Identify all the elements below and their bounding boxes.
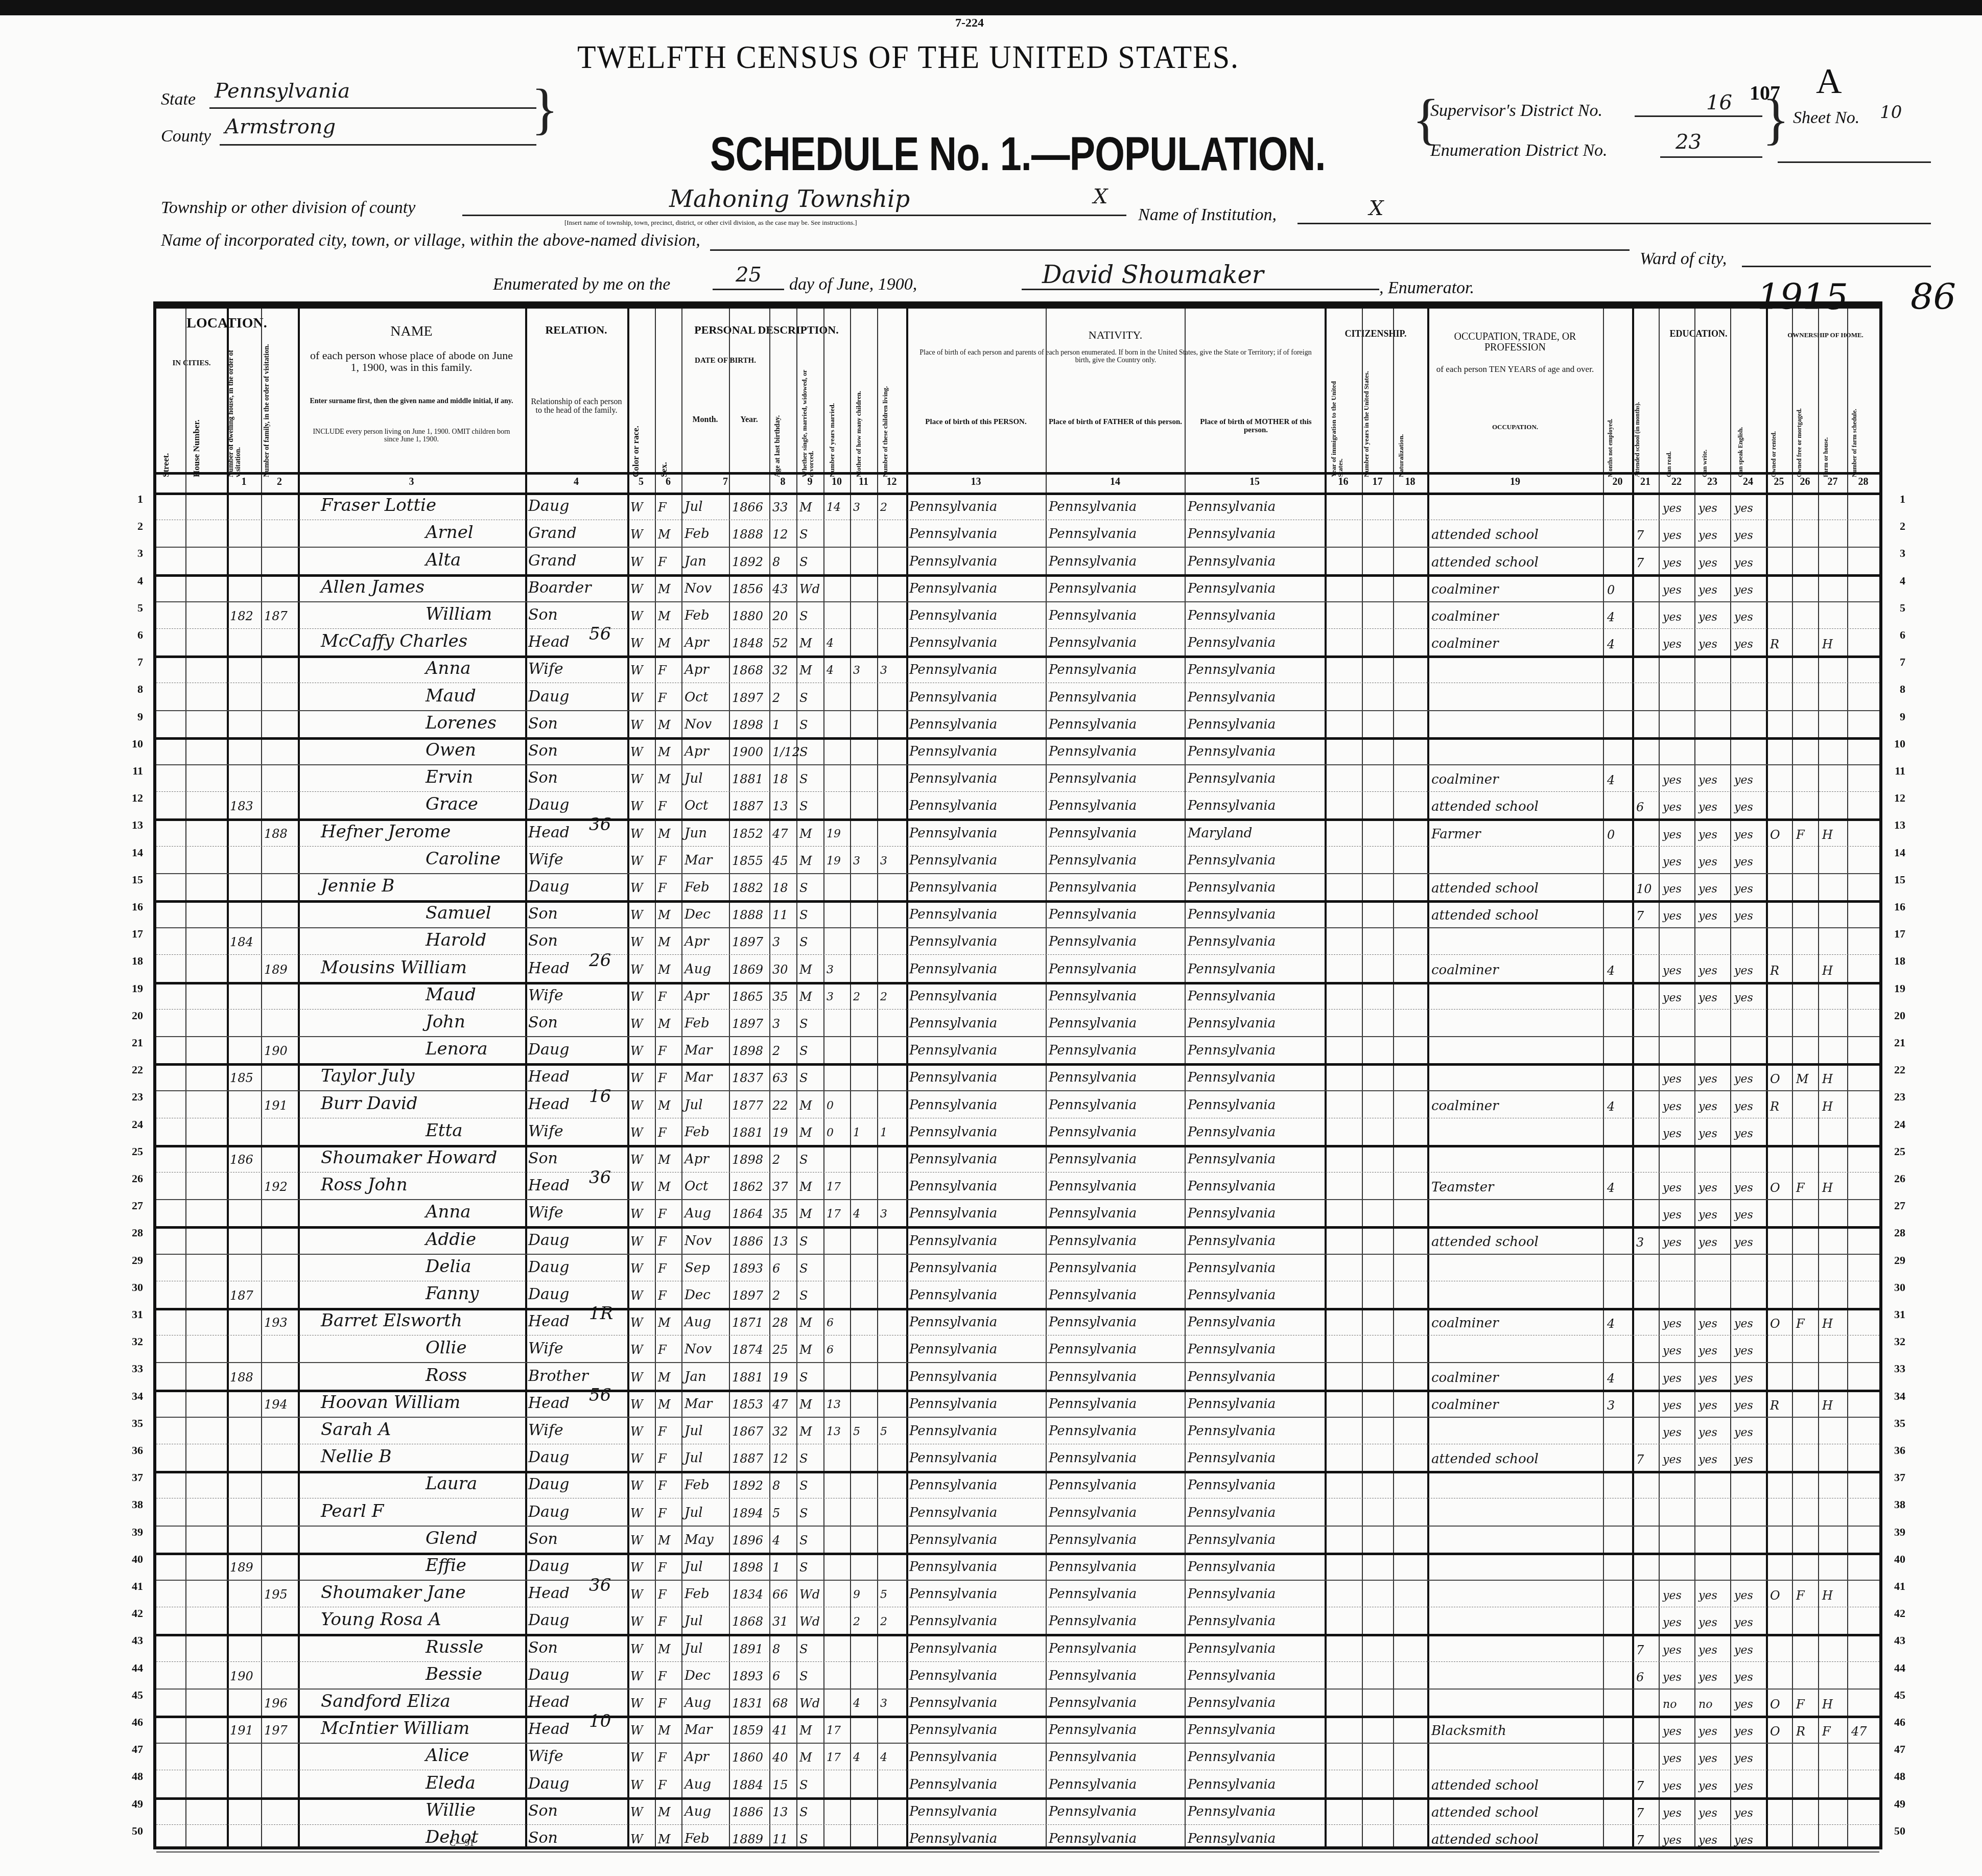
line-number-left: 34 [123, 1390, 143, 1403]
cell-mother-of: 3 [853, 501, 860, 514]
cell-color: W [630, 1451, 643, 1466]
line-number-left: 39 [123, 1526, 143, 1539]
cell-year: 1853 [732, 1397, 763, 1412]
cell-relation: Son [528, 715, 558, 733]
cell-age: 3 [772, 935, 780, 949]
line-number-left: 5 [123, 601, 143, 615]
row-rule [156, 982, 1879, 984]
cell-year: 1856 [732, 582, 763, 596]
cell-name: Owen [426, 740, 476, 760]
cell-relation: Son [528, 769, 558, 787]
row-rule [156, 1824, 1879, 1825]
line-number-left: 25 [123, 1145, 143, 1158]
column-number-8: 8 [769, 476, 796, 488]
cell-read: yes [1663, 611, 1682, 624]
cell-write: yes [1698, 1616, 1717, 1629]
cell-relation-note: 56 [589, 624, 611, 644]
cell-marital: M [799, 500, 812, 514]
cell-birth-mother: Pennsylvania [1188, 1559, 1276, 1575]
line-number-left: 20 [123, 1009, 143, 1022]
county-underline [220, 144, 536, 146]
cell-sex: M [658, 745, 671, 759]
cell-age: 19 [772, 1125, 788, 1140]
cell-living: 3 [880, 855, 887, 867]
cell-read: yes [1663, 1644, 1682, 1657]
cell-birth-person: Pennsylvania [909, 1016, 997, 1031]
cell-birth-person: Pennsylvania [909, 1613, 997, 1629]
cell-birth-person: Pennsylvania [909, 1722, 997, 1738]
cell-month: Apr [685, 934, 709, 949]
row-rule [156, 764, 1879, 765]
cell-birth-father: Pennsylvania [1049, 662, 1137, 677]
header-birth-mother: Place of birth of MOTHER of this person. [1188, 418, 1324, 435]
cell-color: W [630, 1261, 643, 1276]
cell-age: 32 [772, 663, 788, 677]
header-relation-desc: Relationship of each person to the head … [529, 398, 624, 415]
cell-year: 1834 [732, 1587, 763, 1602]
cell-name: McCaffy Charles [321, 631, 467, 651]
line-number: 6 [1885, 628, 1905, 642]
cell-birth-father: Pennsylvania [1049, 1695, 1137, 1710]
cell-write: yes [1698, 910, 1717, 923]
cell-sex: F [658, 1288, 667, 1303]
cell-marital: M [799, 1207, 812, 1221]
cell-relation: Head [528, 1394, 570, 1412]
cell-dwelling: 182 [230, 609, 253, 623]
cell-sex: F [658, 1234, 667, 1249]
column-number-16: 16 [1325, 476, 1362, 488]
cell-color: W [630, 1560, 643, 1575]
cell-year: 1887 [732, 799, 763, 813]
cell-english: yes [1734, 1372, 1753, 1385]
row-rule [156, 1254, 1879, 1255]
cell-years-married: 4 [827, 637, 834, 650]
cell-living: 3 [880, 1208, 887, 1221]
cell-sex: M [658, 827, 671, 841]
cell-english: yes [1734, 910, 1753, 923]
line-number: 32 [1885, 1335, 1905, 1348]
cell-sex: M [658, 1098, 671, 1113]
cell-year: 1831 [732, 1696, 763, 1710]
column-divider [1046, 309, 1047, 1846]
state-value: Pennsylvania [215, 79, 350, 103]
cell-write: yes [1698, 1128, 1717, 1140]
cell-read: yes [1663, 638, 1682, 651]
cell-birth-father: Pennsylvania [1049, 1831, 1137, 1846]
column-divider [850, 309, 851, 1846]
brace-district-right: } [1762, 87, 1789, 152]
cell-marital: S [799, 1479, 808, 1493]
cell-sex: F [658, 1587, 667, 1602]
column-divider [1632, 309, 1634, 1846]
cell-birth-father: Pennsylvania [1049, 744, 1137, 759]
cell-color: W [630, 1207, 643, 1221]
cell-years-married: 17 [827, 1724, 841, 1737]
cell-month: Apr [685, 989, 709, 1004]
cell-family: 197 [264, 1723, 288, 1738]
cell-year: 1894 [732, 1506, 763, 1520]
line-number: 44 [1885, 1661, 1905, 1675]
cell-color: W [630, 555, 643, 569]
line-number: 2 [1885, 520, 1905, 533]
cell-birth-person: Pennsylvania [909, 1179, 997, 1194]
cell-birth-person: Pennsylvania [909, 1804, 997, 1819]
cell-color: W [630, 963, 643, 977]
cell-owned: O [1770, 1181, 1780, 1195]
cell-english: yes [1734, 611, 1753, 624]
cell-name: Hefner Jerome [321, 822, 451, 842]
cell-birth-mother: Pennsylvania [1188, 880, 1276, 895]
header-relation: RELATION. [525, 324, 627, 336]
cell-living: 2 [880, 501, 887, 514]
cell-year: 1884 [732, 1778, 763, 1792]
column-divider [1603, 309, 1604, 1846]
column-number-4: 4 [525, 476, 627, 488]
line-number-left: 7 [123, 655, 143, 669]
cell-birth-person: Pennsylvania [909, 662, 997, 677]
row-rule [156, 1553, 1879, 1555]
header-farm-house: Farm or house. [1823, 401, 1829, 477]
cell-read: yes [1663, 1725, 1682, 1738]
cell-name: Taylor July [321, 1066, 415, 1086]
row-rule [156, 520, 1879, 520]
cell-owned: R [1770, 1398, 1779, 1413]
row-rule [156, 1417, 1879, 1418]
cell-month: Feb [685, 1016, 710, 1031]
form-number: 7-224 [955, 16, 984, 30]
cell-english: yes [1734, 1807, 1753, 1820]
cell-read: yes [1663, 1671, 1682, 1684]
cell-occupation: coalminer [1431, 1098, 1499, 1114]
cell-month: Dec [685, 1287, 711, 1303]
cell-marital: S [799, 772, 808, 786]
line-number: 19 [1885, 982, 1905, 995]
cell-birth-father: Pennsylvania [1049, 989, 1137, 1004]
cell-english: yes [1734, 883, 1753, 896]
cell-marital: S [799, 908, 808, 922]
cell-age: 32 [772, 1424, 788, 1439]
cell-free: M [1796, 1072, 1809, 1086]
cell-month: Oct [685, 690, 708, 705]
cell-age: 18 [772, 772, 788, 786]
row-rule [156, 1226, 1879, 1229]
column-divider [185, 309, 186, 1846]
cell-sex: F [658, 799, 667, 813]
cell-month: Feb [685, 608, 710, 623]
cell-marital: M [799, 1397, 812, 1412]
cell-year: 1855 [732, 854, 763, 868]
line-number-left: 28 [123, 1226, 143, 1239]
state-label: State [161, 90, 196, 109]
cell-relation: Brother [528, 1367, 588, 1385]
cell-family: 188 [264, 827, 288, 841]
cell-write: yes [1698, 992, 1717, 1004]
cell-month: Feb [685, 1586, 710, 1602]
cell-years-married: 6 [827, 1344, 834, 1356]
cell-read: yes [1663, 1616, 1682, 1629]
cell-month: Mar [685, 1043, 713, 1058]
cell-family: 187 [264, 609, 288, 623]
cell-age: 3 [772, 1017, 780, 1031]
cell-sex: F [658, 1696, 667, 1710]
column-divider [769, 309, 770, 1846]
cell-occupation: coalminer [1431, 609, 1499, 624]
row-rule [156, 547, 1879, 548]
cell-read: yes [1663, 1372, 1682, 1385]
cell-age: 52 [772, 636, 788, 650]
cell-relation-note: 1R [589, 1303, 613, 1324]
column-number-24: 24 [1730, 476, 1766, 488]
cell-marital: Wd [799, 1696, 820, 1710]
cell-birth-person: Pennsylvania [909, 907, 997, 922]
cell-month: Sep [685, 1260, 710, 1276]
cell-name: Caroline [426, 849, 501, 869]
cell-write: yes [1698, 1671, 1717, 1684]
cell-name: Jennie B [321, 876, 394, 896]
line-number-left: 10 [123, 737, 143, 751]
cell-occupation: attended school [1431, 1778, 1539, 1793]
column-divider [1659, 309, 1660, 1846]
cell-read: yes [1663, 1182, 1682, 1194]
cell-sex: F [658, 1261, 667, 1276]
line-number-left: 31 [123, 1308, 143, 1321]
header-personal: PERSONAL DESCRIPTION. [627, 324, 906, 336]
cell-age: 12 [772, 527, 788, 542]
cell-english: yes [1734, 965, 1753, 977]
cell-month: Jul [685, 1097, 702, 1113]
row-rule [156, 683, 1879, 683]
cell-sex: F [658, 854, 667, 868]
cell-marital: S [799, 935, 808, 949]
cell-birth-father: Pennsylvania [1049, 1478, 1137, 1493]
header-date-of-birth: DATE OF BIRTH. [681, 357, 769, 365]
county-label: County [161, 127, 211, 146]
line-number: 40 [1885, 1553, 1905, 1566]
cell-write: yes [1698, 1182, 1717, 1194]
cell-name: Hoovan William [321, 1392, 460, 1413]
cell-free: F [1796, 1317, 1805, 1331]
row-rule [156, 1199, 1879, 1200]
cell-age: 40 [772, 1750, 788, 1765]
row-rule [156, 628, 1879, 629]
cell-age: 8 [772, 555, 780, 569]
cell-month: Jul [685, 1505, 702, 1520]
header-dwelling-number: Number of dwelling house, in the order o… [228, 339, 242, 477]
cell-birth-father: Pennsylvania [1049, 526, 1137, 542]
cell-name: Arnel [426, 522, 474, 543]
cell-mother-of: 3 [853, 855, 860, 867]
cell-owned: O [1770, 1724, 1780, 1739]
cell-color: W [630, 935, 643, 949]
cell-sex: M [658, 1533, 671, 1547]
cell-sex: F [658, 1343, 667, 1357]
cell-birth-person: Pennsylvania [909, 1152, 997, 1167]
column-number-22: 22 [1659, 476, 1694, 488]
cell-relation-note: 10 [589, 1711, 611, 1731]
cell-write: yes [1698, 1807, 1717, 1820]
cell-living: 1 [880, 1127, 887, 1139]
cell-sex: M [658, 935, 671, 949]
supervisor-label: Supervisor's District No. [1430, 101, 1602, 121]
cell-birth-father: Pennsylvania [1049, 1586, 1137, 1602]
cell-age: 20 [772, 609, 788, 623]
row-rule [156, 1743, 1879, 1744]
header-family-number: Number of family, in the order of visita… [264, 339, 271, 477]
cell-year: 1864 [732, 1207, 763, 1221]
cell-dwelling: 186 [230, 1153, 253, 1167]
header-house-number: House Number. [192, 385, 201, 477]
cell-month: Nov [685, 581, 712, 596]
cell-month: Aug [685, 1804, 711, 1819]
institution-label: Name of Institution, [1138, 205, 1277, 225]
cell-age: 31 [772, 1614, 788, 1629]
cell-birth-person: Pennsylvania [909, 1749, 997, 1765]
cell-age: 68 [772, 1696, 788, 1710]
header-can-write: Can write. [1702, 421, 1708, 477]
cell-occupation: coalminer [1431, 1397, 1499, 1413]
cell-relation: Wife [528, 1122, 563, 1140]
cell-write: yes [1698, 1345, 1717, 1357]
cell-month: Jan [685, 1369, 706, 1385]
cell-mother-of: 1 [853, 1127, 860, 1139]
cell-birth-person: Pennsylvania [909, 1097, 997, 1113]
cell-birth-mother: Pennsylvania [1188, 1831, 1276, 1846]
cell-name: Laura [426, 1473, 477, 1494]
cell-name: Fraser Lottie [321, 495, 436, 515]
line-number: 4 [1885, 574, 1905, 588]
line-number-left: 48 [123, 1770, 143, 1783]
cell-school: 7 [1636, 556, 1644, 570]
cell-family: 192 [264, 1180, 288, 1194]
cell-color: W [630, 1316, 643, 1330]
cell-color: W [630, 1098, 643, 1113]
cell-birth-father: Pennsylvania [1049, 962, 1137, 977]
row-rule [156, 1851, 1879, 1852]
row-rule [156, 1471, 1879, 1473]
cell-birth-father: Pennsylvania [1049, 934, 1137, 949]
cell-name: Glend [426, 1528, 478, 1549]
header-occupation-title: OCCUPATION, TRADE, OR PROFESSION [1428, 332, 1602, 353]
header-birth-father: Place of birth of FATHER of this person. [1048, 418, 1183, 427]
institution-underline [1297, 223, 1931, 224]
cell-birth-father: Pennsylvania [1049, 1804, 1137, 1819]
cell-family: 191 [264, 1098, 288, 1113]
cell-english: yes [1734, 829, 1753, 841]
cell-sex: M [658, 1153, 671, 1167]
cell-living: 3 [880, 1697, 887, 1710]
cell-marital: M [799, 663, 812, 677]
cell-relation: Son [528, 1829, 558, 1847]
row-rule [156, 1118, 1879, 1118]
cell-sex: M [658, 1397, 671, 1412]
cell-unemployed: 4 [1607, 1317, 1615, 1331]
cell-relation: Head [528, 959, 570, 977]
cell-birth-person: Pennsylvania [909, 554, 997, 569]
cell-color: W [630, 1533, 643, 1547]
row-rule [156, 1498, 1879, 1498]
cell-sex: F [658, 500, 667, 514]
cell-school: 7 [1636, 909, 1644, 923]
line-number-left: 40 [123, 1553, 143, 1566]
row-rule [156, 1362, 1879, 1363]
cell-relation: Daug [528, 1231, 569, 1249]
line-number: 37 [1885, 1471, 1905, 1484]
cell-color: W [630, 636, 643, 650]
cell-english: yes [1734, 638, 1753, 651]
cell-write: yes [1698, 1834, 1717, 1847]
cell-years-married: 17 [827, 1181, 841, 1193]
cell-name: Maud [426, 984, 476, 1005]
cell-marital: M [799, 963, 812, 977]
cell-month: Aug [685, 1315, 711, 1330]
cell-color: W [630, 1696, 643, 1710]
cell-birth-father: Pennsylvania [1049, 771, 1137, 786]
cell-read: yes [1663, 1209, 1682, 1222]
line-number: 26 [1885, 1172, 1905, 1185]
line-number: 25 [1885, 1145, 1905, 1158]
cell-english: yes [1734, 801, 1753, 814]
cell-birth-father: Pennsylvania [1049, 1722, 1137, 1738]
state-underline [209, 107, 536, 109]
cell-name: Barret Elsworth [321, 1310, 462, 1331]
cell-occupation: attended school [1431, 527, 1539, 543]
cell-school: 7 [1636, 1833, 1644, 1847]
cell-year: 1898 [732, 718, 763, 732]
line-number: 16 [1885, 900, 1905, 913]
line-number: 21 [1885, 1036, 1905, 1049]
cell-free: R [1796, 1724, 1805, 1739]
cell-owned: O [1770, 1588, 1780, 1603]
cell-age: 43 [772, 582, 788, 596]
line-number: 13 [1885, 818, 1905, 832]
cell-write: yes [1698, 1209, 1717, 1222]
cell-english: yes [1734, 1236, 1753, 1249]
cell-read: yes [1663, 1453, 1682, 1466]
cell-color: W [630, 1044, 643, 1058]
cell-marital: S [799, 1261, 808, 1276]
cell-color: W [630, 881, 643, 895]
cell-birth-mother: Pennsylvania [1188, 744, 1276, 759]
cell-sex: F [658, 1207, 667, 1221]
cell-birth-person: Pennsylvania [909, 1070, 997, 1085]
row-rule [156, 1172, 1879, 1172]
cell-birth-mother: Pennsylvania [1188, 1369, 1276, 1385]
cell-month: Aug [685, 1695, 711, 1710]
cell-birth-father: Pennsylvania [1049, 826, 1137, 841]
cell-name: Ross John [321, 1175, 408, 1195]
cell-write: yes [1698, 829, 1717, 841]
cell-unemployed: 4 [1607, 964, 1615, 978]
cell-name: Harold [426, 930, 486, 950]
cell-english: yes [1734, 1399, 1753, 1412]
cell-read: yes [1663, 883, 1682, 896]
cell-relation: Son [528, 1639, 558, 1657]
cell-read: yes [1663, 829, 1682, 841]
column-number-1: 1 [227, 476, 261, 488]
cell-sex: F [658, 1479, 667, 1493]
cell-write: yes [1698, 1372, 1717, 1385]
header-sex: Sex. [659, 431, 668, 477]
cell-mother-of: 9 [853, 1588, 860, 1601]
cell-month: Jul [685, 499, 702, 514]
cell-marital: S [799, 555, 808, 569]
cell-marital: Wd [799, 1614, 820, 1629]
cell-birth-person: Pennsylvania [909, 962, 997, 977]
header-mother-of: Mother of how many children. [855, 349, 862, 477]
cell-marital: S [799, 1506, 808, 1520]
line-number-left: 24 [123, 1118, 143, 1131]
cell-free: F [1796, 1697, 1805, 1711]
